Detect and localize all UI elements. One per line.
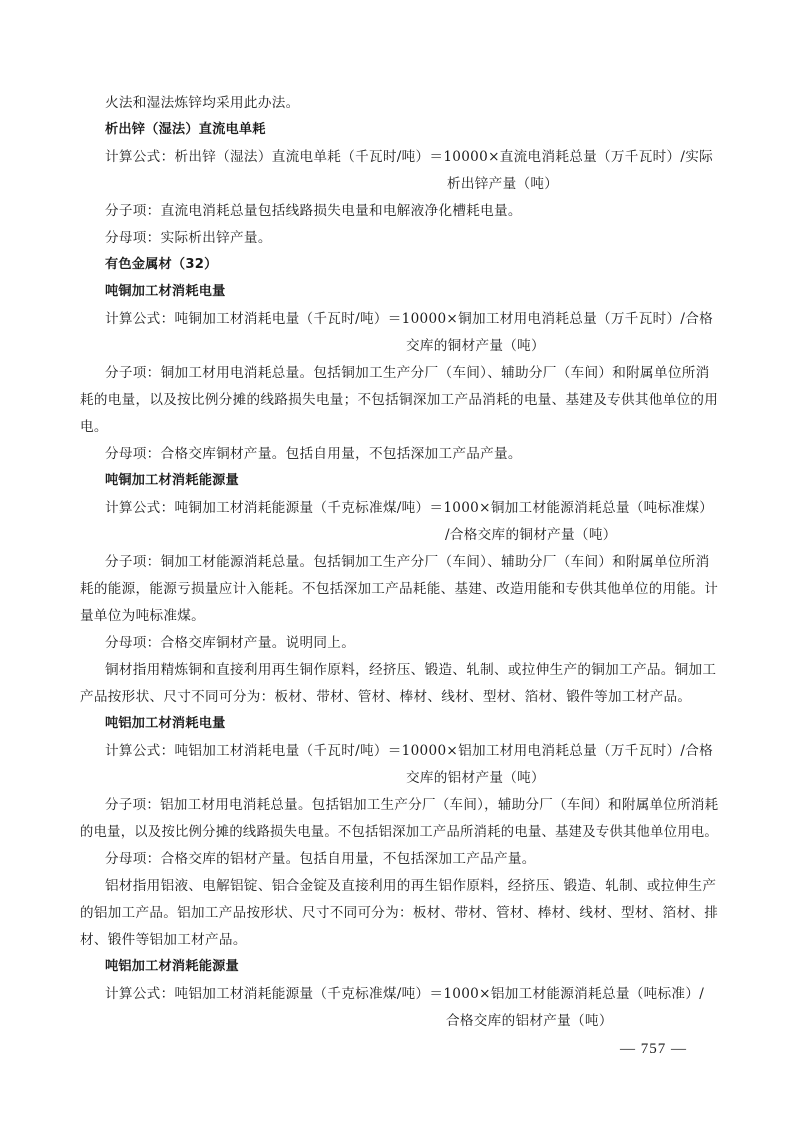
- text-line: 计算公式：吨铝加工材消耗电量（千瓦时/吨）＝10000×铝加工材用电消耗总量（万…: [105, 742, 713, 760]
- text-line: 分子项：铜加工材用电消耗总量。包括铜加工生产分厂（车间）、辅助分厂（车间）和附属…: [105, 364, 710, 382]
- text-line: 分子项：铜加工材能源消耗总量。包括铜加工生产分厂（车间）、辅助分厂（车间）和附属…: [105, 553, 710, 571]
- text-line: 交库的铜材产量（吨）: [406, 337, 545, 355]
- text-line: 材、锻件等铝加工材产品。: [80, 931, 247, 949]
- document-page: 火法和湿法炼锌均采用此办法。析出锌（湿法）直流电单耗计算公式：析出锌（湿法）直流…: [0, 0, 793, 1122]
- text-line: 产品按形状、尺寸不同可分为：板材、带材、管材、棒材、线材、型材、箔材、锻件等加工…: [80, 688, 691, 706]
- text-line: 计算公式：吨铜加工材消耗电量（千瓦时/吨）＝10000×铜加工材用电消耗总量（万…: [105, 310, 713, 328]
- section-heading: 吨铝加工材消耗能源量: [105, 958, 239, 976]
- text-line: 计算公式：析出锌（湿法）直流电单耗（千瓦时/吨）＝10000×直流电消耗总量（万…: [105, 148, 713, 166]
- section-heading: 析出锌（湿法）直流电单耗: [105, 121, 266, 139]
- text-line: 的电量，以及按比例分摊的线路损失电量。不包括铝深加工产品所消耗的电量、基建及专供…: [80, 823, 718, 841]
- text-line: 耗的电量，以及按比例分摊的线路损失电量；不包括铜深加工产品消耗的电量、基建及专供…: [80, 391, 718, 409]
- text-line: 的铝加工产品。铝加工产品按形状、尺寸不同可分为：板材、带材、管材、棒材、线材、型…: [80, 904, 718, 922]
- section-heading: 吨铜加工材消耗能源量: [105, 472, 239, 490]
- text-line: 铜材指用精炼铜和直接利用再生铜作原料，经挤压、锻造、轧制、或拉伸生产的铜加工产品…: [105, 661, 716, 679]
- text-line: 计算公式：吨铜加工材消耗能源量（千克标准煤/吨）＝1000×铜加工材能源消耗总量…: [105, 499, 713, 517]
- text-line: 合格交库的铝材产量（吨）: [446, 1012, 613, 1030]
- text-line: 铝材指用铝液、电解铝锭、铝合金锭及直接利用的再生铝作原料，经挤压、锻造、轧制、或…: [105, 877, 716, 895]
- section-heading: 有色金属材（32）: [105, 256, 217, 274]
- text-line: 分母项：实际析出锌产量。: [105, 229, 272, 247]
- text-line: 电。: [80, 418, 108, 436]
- text-line: 分母项：合格交库铜材产量。说明同上。: [105, 634, 355, 652]
- section-heading: 吨铝加工材消耗电量: [105, 715, 226, 733]
- text-line: 分母项：合格交库的铝材产量。包括自用量，不包括深加工产品产量。: [105, 850, 536, 868]
- text-line: 耗的能源，能源亏损量应计入能耗。不包括深加工产品耗能、基建、改造用能和专供其他单…: [80, 580, 718, 598]
- section-heading: 吨铜加工材消耗电量: [105, 283, 226, 301]
- text-line: 量单位为吨标准煤。: [80, 607, 205, 625]
- text-line: 火法和湿法炼锌均采用此办法。: [105, 94, 300, 112]
- text-line: /合格交库的铜材产量（吨）: [445, 526, 617, 544]
- page-number: — 757 —: [620, 1041, 687, 1058]
- text-line: 交库的铝材产量（吨）: [406, 769, 545, 787]
- text-line: 分母项：合格交库铜材产量。包括自用量，不包括深加工产品产量。: [105, 445, 522, 463]
- text-line: 分子项：直流电消耗总量包括线路损失电量和电解液净化槽耗电量。: [105, 202, 522, 220]
- text-line: 析出锌产量（吨）: [447, 175, 558, 193]
- text-line: 计算公式：吨铝加工材消耗能源量（千克标准煤/吨）＝1000×铝加工材能源消耗总量…: [105, 985, 704, 1003]
- text-line: 分子项：铝加工材用电消耗总量。包括铝加工生产分厂（车间），辅助分厂（车间）和附属…: [105, 796, 718, 814]
